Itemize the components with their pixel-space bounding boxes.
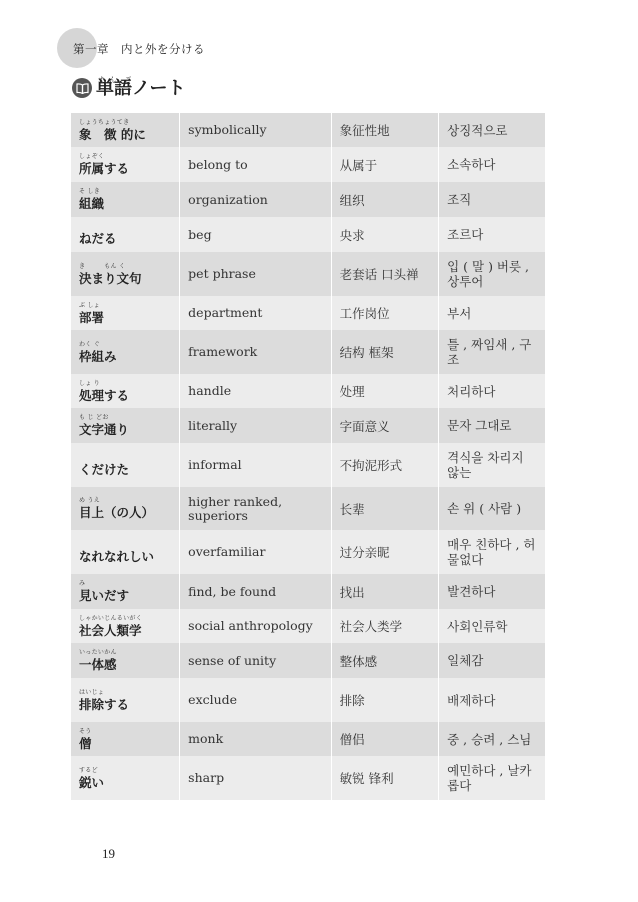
japanese-term: しょぞく所属する <box>79 152 171 177</box>
chinese-translation-cell: 过分亲昵 <box>331 530 439 574</box>
table-row: くだけたinformal不拘泥形式격식을 차리지 않는 <box>71 443 545 487</box>
furigana: しょうちょうてき <box>79 117 129 126</box>
english-translation-cell: overfamiliar <box>180 530 331 574</box>
korean-translation-cell: 조르다 <box>439 217 545 252</box>
japanese-term-text: くだけた <box>79 462 129 477</box>
table-row: ねだるbeg央求조르다 <box>71 217 545 252</box>
chinese-translation-cell: 处理 <box>331 374 439 408</box>
japanese-term-cell: わく ぐ枠組み <box>71 330 180 374</box>
korean-translation-cell: 일체감 <box>439 643 545 678</box>
korean-translation-cell: 부서 <box>439 296 545 330</box>
table-row: そう僧monk僧侣중 , 승려 , 스님 <box>71 722 545 756</box>
japanese-term-text: 僧 <box>79 736 92 751</box>
table-row: め うえ目上（の人）higher ranked, superiors长辈손 위 … <box>71 487 545 530</box>
furigana: み <box>79 578 85 587</box>
table-row: なれなれしいoverfamiliar过分亲昵매우 친하다 , 허물없다 <box>71 530 545 574</box>
english-translation-cell: handle <box>180 374 331 408</box>
table-row: いったいかん一体感sense of unity整体感일체감 <box>71 643 545 678</box>
furigana: き もん く <box>79 261 125 270</box>
japanese-term: ねだる <box>79 222 171 247</box>
japanese-term-text: 象 徴 的に <box>79 127 146 142</box>
table-row: も じ どお文字通りliterally字面意义문자 그대로 <box>71 408 545 443</box>
chinese-translation-cell: 象征性地 <box>331 113 439 147</box>
japanese-term-text: 処理する <box>79 388 129 403</box>
chinese-translation-cell: 整体感 <box>331 643 439 678</box>
korean-translation-cell: 사회인류학 <box>439 609 545 643</box>
table-row: するど鋭いsharp敏锐 锋利예민하다 , 날카롭다 <box>71 756 545 800</box>
japanese-term-cell: はいじょ排除する <box>71 678 180 722</box>
section-heading: たん ご 単語ノート <box>72 78 185 99</box>
english-translation-cell: informal <box>180 443 331 487</box>
table-row: わく ぐ枠組みframework结构 框架틀 , 짜임새 , 구조 <box>71 330 545 374</box>
japanese-term-text: 見いだす <box>79 588 129 603</box>
japanese-term: そ しき組織 <box>79 187 171 212</box>
korean-translation-cell: 틀 , 짜임새 , 구조 <box>439 330 545 374</box>
furigana: しゃかいじんるいがく <box>79 613 142 622</box>
japanese-term: はいじょ排除する <box>79 688 171 713</box>
furigana: ぶ しょ <box>79 300 100 309</box>
table-row: はいじょ排除するexclude排除배제하다 <box>71 678 545 722</box>
table-row: しゃかいじんるいがく社会人類学social anthropology社会人类学사… <box>71 609 545 643</box>
english-translation-cell: social anthropology <box>180 609 331 643</box>
english-translation-cell: beg <box>180 217 331 252</box>
table-row: しょうちょうてき象 徴 的にsymbolically象征性地상징적으로 <box>71 113 545 147</box>
japanese-term-text: 部署 <box>79 310 104 325</box>
japanese-term: しょうちょうてき象 徴 的に <box>79 118 171 143</box>
japanese-term-cell: しょ り処理する <box>71 374 180 408</box>
english-translation-cell: monk <box>180 722 331 756</box>
furigana: も じ どお <box>79 412 109 421</box>
japanese-term-text: 排除する <box>79 697 129 712</box>
chinese-translation-cell: 老套话 口头禅 <box>331 252 439 296</box>
furigana: はいじょ <box>79 687 104 696</box>
english-translation-cell: higher ranked, superiors <box>180 487 331 530</box>
japanese-term-cell: み見いだす <box>71 574 180 609</box>
japanese-term-text: 決まり文句 <box>79 271 142 286</box>
english-translation-cell: department <box>180 296 331 330</box>
chapter-title: 第一章 内と外を分ける <box>73 41 205 57</box>
japanese-term-text: 一体感 <box>79 657 117 672</box>
english-translation-cell: find, be found <box>180 574 331 609</box>
japanese-term-cell: しょぞく所属する <box>71 147 180 182</box>
chinese-translation-cell: 从属于 <box>331 147 439 182</box>
japanese-term-text: ねだる <box>79 231 117 246</box>
japanese-term-text: 目上（の人） <box>79 505 154 520</box>
japanese-term-cell: も じ どお文字通り <box>71 408 180 443</box>
korean-translation-cell: 격식을 차리지 않는 <box>439 443 545 487</box>
chinese-translation-cell: 结构 框架 <box>331 330 439 374</box>
furigana: しょ り <box>79 378 100 387</box>
japanese-term: いったいかん一体感 <box>79 648 171 673</box>
furigana: しょぞく <box>79 151 104 160</box>
japanese-term-cell: ねだる <box>71 217 180 252</box>
japanese-term-text: 組織 <box>79 196 104 211</box>
vocabulary-table-body: しょうちょうてき象 徴 的にsymbolically象征性地상징적으로しょぞく所… <box>71 113 545 800</box>
japanese-term-text: 文字通り <box>79 422 129 437</box>
japanese-term-text: 枠組み <box>79 349 117 364</box>
japanese-term: くだけた <box>79 453 171 478</box>
korean-translation-cell: 배제하다 <box>439 678 545 722</box>
section-title: たん ご 単語ノート <box>96 79 185 99</box>
japanese-term-cell: き もん く決まり文句 <box>71 252 180 296</box>
chinese-translation-cell: 找出 <box>331 574 439 609</box>
japanese-term: め うえ目上（の人） <box>79 496 171 521</box>
table-row: しょぞく所属するbelong to从属于소속하다 <box>71 147 545 182</box>
korean-translation-cell: 매우 친하다 , 허물없다 <box>439 530 545 574</box>
japanese-term: き もん く決まり文句 <box>79 262 171 287</box>
vocabulary-table: しょうちょうてき象 徴 的にsymbolically象征性地상징적으로しょぞく所… <box>71 113 545 800</box>
japanese-term: み見いだす <box>79 579 171 604</box>
japanese-term: するど鋭い <box>79 766 171 791</box>
furigana: いったいかん <box>79 647 117 656</box>
chinese-translation-cell: 长辈 <box>331 487 439 530</box>
chinese-translation-cell: 排除 <box>331 678 439 722</box>
japanese-term: しょ り処理する <box>79 379 171 404</box>
page-number: 19 <box>102 846 115 862</box>
korean-translation-cell: 손 위 ( 사람 ) <box>439 487 545 530</box>
korean-translation-cell: 예민하다 , 날카롭다 <box>439 756 545 800</box>
furigana: するど <box>79 765 98 774</box>
japanese-term-text: 鋭い <box>79 775 104 790</box>
chinese-translation-cell: 僧侣 <box>331 722 439 756</box>
japanese-term: わく ぐ枠組み <box>79 340 171 365</box>
japanese-term-cell: ぶ しょ部署 <box>71 296 180 330</box>
japanese-term: なれなれしい <box>79 540 171 565</box>
korean-translation-cell: 입 ( 말 ) 버릇 , 상투어 <box>439 252 545 296</box>
english-translation-cell: sense of unity <box>180 643 331 678</box>
english-translation-cell: framework <box>180 330 331 374</box>
japanese-term-cell: しょうちょうてき象 徴 的に <box>71 113 180 147</box>
book-icon <box>72 78 92 98</box>
japanese-term: ぶ しょ部署 <box>79 301 171 326</box>
section-title-ruby: たん ご <box>99 70 134 90</box>
table-row: しょ り処理するhandle处理처리하다 <box>71 374 545 408</box>
japanese-term-text: 所属する <box>79 161 129 176</box>
table-row: み見いだすfind, be found找出발견하다 <box>71 574 545 609</box>
chinese-translation-cell: 敏锐 锋利 <box>331 756 439 800</box>
japanese-term-text: なれなれしい <box>79 549 154 564</box>
korean-translation-cell: 문자 그대로 <box>439 408 545 443</box>
korean-translation-cell: 중 , 승려 , 스님 <box>439 722 545 756</box>
chinese-translation-cell: 社会人类学 <box>331 609 439 643</box>
japanese-term-cell: しゃかいじんるいがく社会人類学 <box>71 609 180 643</box>
english-translation-cell: pet phrase <box>180 252 331 296</box>
furigana: わく ぐ <box>79 339 100 348</box>
chinese-translation-cell: 组织 <box>331 182 439 217</box>
table-row: そ しき組織organization组织조직 <box>71 182 545 217</box>
furigana: そ しき <box>79 186 100 195</box>
japanese-term-cell: くだけた <box>71 443 180 487</box>
korean-translation-cell: 처리하다 <box>439 374 545 408</box>
japanese-term: そう僧 <box>79 727 171 752</box>
english-translation-cell: sharp <box>180 756 331 800</box>
english-translation-cell: symbolically <box>180 113 331 147</box>
japanese-term-text: 社会人類学 <box>79 623 142 638</box>
furigana: そう <box>79 726 92 735</box>
korean-translation-cell: 조직 <box>439 182 545 217</box>
japanese-term-cell: いったいかん一体感 <box>71 643 180 678</box>
chinese-translation-cell: 央求 <box>331 217 439 252</box>
japanese-term-cell: なれなれしい <box>71 530 180 574</box>
japanese-term-cell: そう僧 <box>71 722 180 756</box>
chinese-translation-cell: 工作岗位 <box>331 296 439 330</box>
table-row: ぶ しょ部署department工作岗位부서 <box>71 296 545 330</box>
furigana: め うえ <box>79 495 100 504</box>
table-row: き もん く決まり文句pet phrase老套话 口头禅입 ( 말 ) 버릇 ,… <box>71 252 545 296</box>
korean-translation-cell: 발견하다 <box>439 574 545 609</box>
english-translation-cell: literally <box>180 408 331 443</box>
japanese-term-cell: そ しき組織 <box>71 182 180 217</box>
japanese-term-cell: め うえ目上（の人） <box>71 487 180 530</box>
japanese-term-cell: するど鋭い <box>71 756 180 800</box>
korean-translation-cell: 소속하다 <box>439 147 545 182</box>
english-translation-cell: exclude <box>180 678 331 722</box>
japanese-term: しゃかいじんるいがく社会人類学 <box>79 614 171 639</box>
english-translation-cell: organization <box>180 182 331 217</box>
english-translation-cell: belong to <box>180 147 331 182</box>
chinese-translation-cell: 字面意义 <box>331 408 439 443</box>
japanese-term: も じ どお文字通り <box>79 413 171 438</box>
chinese-translation-cell: 不拘泥形式 <box>331 443 439 487</box>
korean-translation-cell: 상징적으로 <box>439 113 545 147</box>
